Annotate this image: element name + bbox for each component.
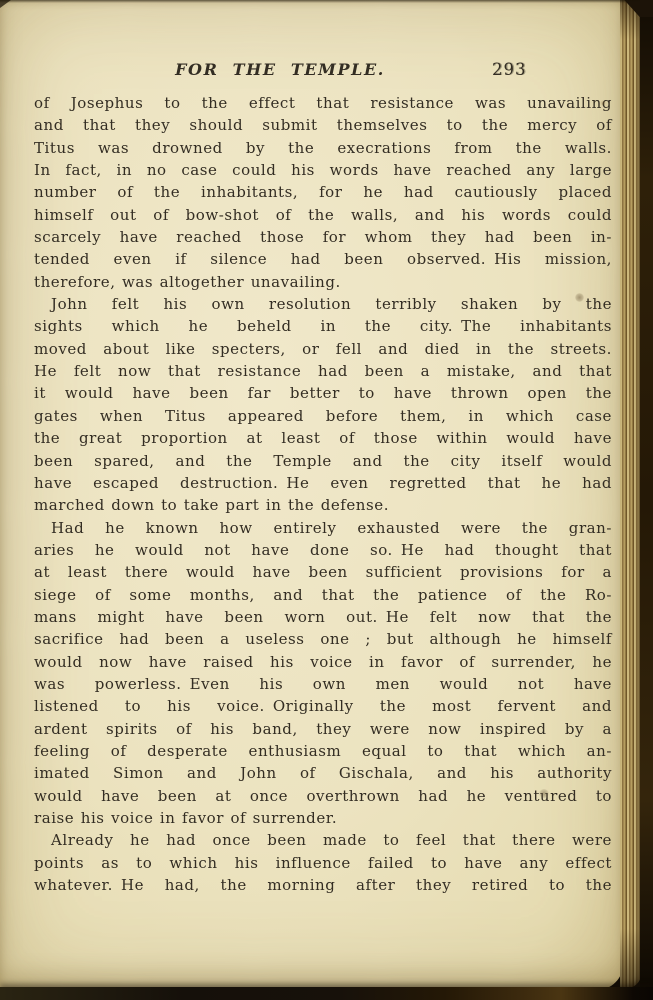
text-line: therefore, was altogether unavailing. [34, 271, 612, 293]
text-line: He felt now that resistance had been a m… [34, 360, 612, 382]
text-line: tended even if silence had been observed… [34, 248, 612, 270]
text-line: been spared, and the Temple and the city… [34, 450, 612, 472]
text-line: siege of some months, and that the patie… [34, 584, 612, 606]
text-line: imated Simon and John of Gischala, and h… [34, 762, 612, 784]
text-line: marched down to take part in the defense… [34, 494, 612, 516]
text-line: sights which he beheld in the city. The … [34, 315, 612, 337]
text-line: have escaped destruction. He even regret… [34, 472, 612, 494]
page-number: 293 [492, 60, 527, 79]
page-body: of Josephus to the effect that resistanc… [34, 92, 612, 896]
paragraph: John felt his own resolution terribly sh… [34, 293, 612, 516]
text-line: would now have raised his voice in favor… [34, 651, 612, 673]
text-line: listened to his voice. Originally the mo… [34, 695, 612, 717]
text-line: raise his voice in favor of surrender. [34, 807, 612, 829]
book-page-edges [620, 0, 641, 988]
text-line: of Josephus to the effect that resistanc… [34, 92, 612, 114]
text-line: Titus was drowned by the execrations fro… [34, 137, 612, 159]
text-line: the great proportion at least of those w… [34, 427, 612, 449]
text-line: Already he had once been made to feel th… [34, 829, 612, 851]
text-line: moved about like specters, or fell and d… [34, 338, 612, 360]
text-line: points as to which his influence failed … [34, 852, 612, 874]
text-line: scarcely have reached those for whom the… [34, 226, 612, 248]
text-line: himself out of bow-shot of the walls, an… [34, 204, 612, 226]
text-line: whatever. He had, the morning after they… [34, 874, 612, 896]
text-line: it would have been far better to have th… [34, 382, 612, 404]
text-line: feeling of desperate enthusiasm equal to… [34, 740, 612, 762]
book-page: FOR THE TEMPLE. 293 of Josephus to the e… [0, 0, 623, 990]
text-line: at least there would have been sufficien… [34, 561, 612, 583]
page-header: FOR THE TEMPLE. 293 [34, 60, 612, 86]
book-page-photo: FOR THE TEMPLE. 293 of Josephus to the e… [0, 0, 653, 1000]
book-cover-edge [640, 0, 653, 1000]
text-line: John felt his own resolution terribly sh… [34, 293, 612, 315]
text-line: would have been at once overthrown had h… [34, 785, 612, 807]
text-line: number of the inhabitants, for he had ca… [34, 181, 612, 203]
running-title: FOR THE TEMPLE. [175, 60, 385, 79]
text-line: In fact, in no case could his words have… [34, 159, 612, 181]
text-line: sacrifice had been a useless one ; but a… [34, 628, 612, 650]
text-line: and that they should submit themselves t… [34, 114, 612, 136]
text-line: gates when Titus appeared before them, i… [34, 405, 612, 427]
text-line: aries he would not have done so. He had … [34, 539, 612, 561]
text-line: Had he known how entirely exhausted were… [34, 517, 612, 539]
text-line: mans might have been worn out. He felt n… [34, 606, 612, 628]
paragraph: of Josephus to the effect that resistanc… [34, 92, 612, 293]
photo-top-shadow [0, 0, 640, 3]
paragraph: Had he known how entirely exhausted were… [34, 517, 612, 830]
paragraph: Already he had once been made to feel th… [34, 829, 612, 896]
text-line: was powerless. Even his own men would no… [34, 673, 612, 695]
book-bottom-edge [0, 987, 653, 1000]
text-line: ardent spirits of his band, they were no… [34, 718, 612, 740]
